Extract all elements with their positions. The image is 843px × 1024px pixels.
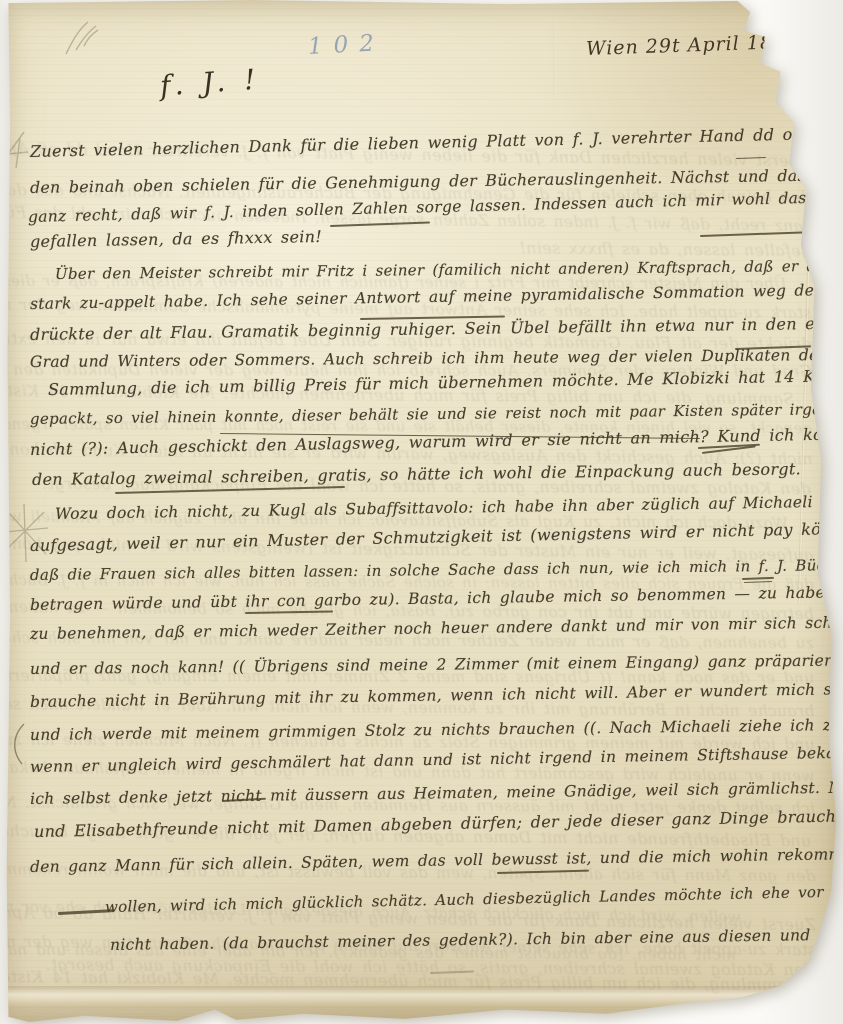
handwriting-line: gepackt, so viel hinein konnte, dieser b… bbox=[30, 400, 843, 428]
handwriting-line: ich selbst denke jetzt nicht mit äussern… bbox=[30, 778, 843, 808]
handwriting-line: Wozu doch ich nicht, zu Kugl als Subaffs… bbox=[55, 492, 843, 523]
handwriting-line: zu benehmen, daß er mich weder Zeither n… bbox=[30, 612, 843, 643]
handwriting-line: wenn er ungleich wird geschmälert hat da… bbox=[30, 742, 843, 776]
handwriting-line: und ich werde mit meinem grimmigen Stolz… bbox=[30, 715, 843, 744]
handwriting-line: und Elisabethfreunde nicht mit Damen abg… bbox=[34, 806, 843, 841]
ink-underline-stroke bbox=[497, 870, 589, 874]
bottom-fold-band bbox=[6, 986, 829, 1008]
handwriting-line: nicht (?): Auch geschickt den Auslagsweg… bbox=[30, 424, 843, 459]
archival-folio-number: 102 bbox=[307, 30, 385, 60]
pencil-paren-left-margin bbox=[8, 722, 28, 766]
handwriting-line: den ganz Mann für sich allein. Späten, w… bbox=[30, 844, 843, 876]
handwriting-line: betragen würde und übt ihr con garbo zu)… bbox=[30, 582, 843, 614]
handwriting-line: brauche nicht in Berührung mit ihr zu ko… bbox=[30, 679, 843, 711]
ink-underline-stroke bbox=[742, 577, 774, 580]
handwriting-line: und er das noch kann! (( Übrigens sind m… bbox=[30, 651, 843, 678]
letter-paper: Zuerst vielen herzlichen Dank für die li… bbox=[0, 0, 843, 1024]
fold-crease-top-center bbox=[553, 0, 555, 95]
handwriting-line: Sammlung, die ich um billig Preis für mi… bbox=[48, 365, 843, 399]
photo-of-letter: { "meta": { "note": "Photograph of a han… bbox=[0, 0, 843, 1024]
handwriting-line: Grad und Winters oder Sommers. Auch schr… bbox=[30, 345, 843, 371]
handwriting-line: daß die Frauen sich alles bitten lassen:… bbox=[30, 556, 843, 584]
handwriting-line: wollen, wird ich mich glücklich schätz. … bbox=[105, 881, 843, 916]
ink-underline-stroke bbox=[245, 610, 333, 613]
handwriting-line: Zuerst vielen herzlichen Dank für die li… bbox=[30, 123, 843, 161]
handwriting-line: gefallen lassen, da es fhxxx sein! bbox=[30, 227, 322, 251]
handwriting-line: Über den Meister schreibt mir Fritz i se… bbox=[55, 256, 843, 283]
fold-crease-right bbox=[798, 22, 817, 602]
pencil-cross-left-margin bbox=[0, 498, 52, 568]
handwriting-line: nicht haben. (da brauchst meiner des ged… bbox=[110, 926, 843, 954]
pencil-scribble-top-left bbox=[58, 16, 106, 60]
handwriting-line: den Katalog zweimal schreiben, gratis, s… bbox=[32, 459, 801, 489]
showthrough-line: den Katalog zweimal schreiben, gratis, s… bbox=[45, 955, 814, 979]
handwriting-line: aufgesagt, weil er nur ein Muster der Sc… bbox=[30, 519, 843, 555]
pencil-underline-stroke bbox=[430, 970, 474, 973]
salutation: f. J. ! bbox=[159, 63, 261, 103]
ink-underline-stroke bbox=[736, 157, 766, 159]
ink-underline-stroke bbox=[330, 222, 430, 227]
ink-underline-stroke bbox=[700, 231, 803, 236]
handwriting-line: stark zu-appelt habe. Ich sehe seiner An… bbox=[30, 280, 843, 313]
ink-underline-stroke bbox=[744, 581, 772, 583]
pencil-numeral-left-margin bbox=[0, 128, 34, 174]
dateline: Wien 29t April 1812 – bbox=[586, 30, 817, 60]
letter-photo: Zuerst vielen herzlichen Dank für die li… bbox=[0, 0, 843, 1024]
